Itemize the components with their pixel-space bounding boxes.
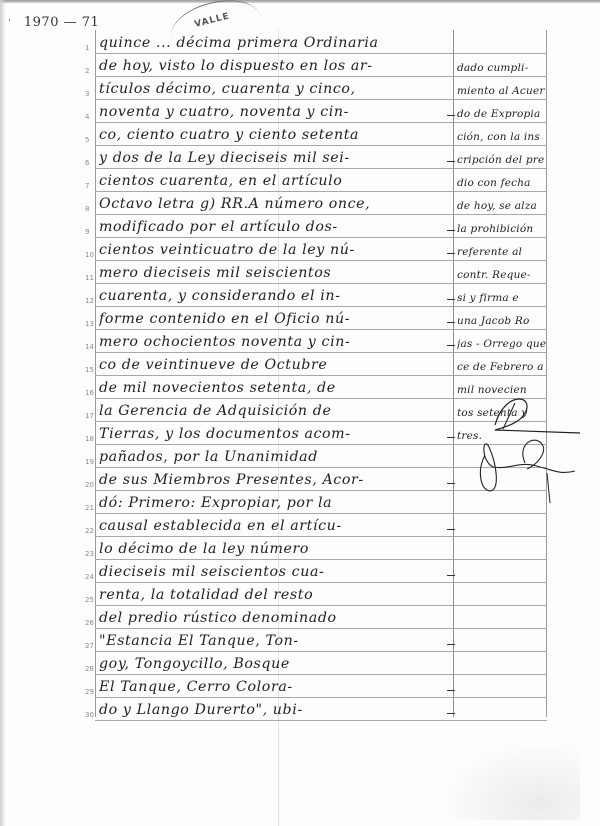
ledger-line: 11mero dieciseis mil seiscientoscontr. R… [95, 260, 547, 284]
handwritten-line: cientos cuarenta, en el artículo [99, 173, 453, 189]
handwritten-line: pañados, por la Unanimidad [99, 449, 453, 465]
handwritten-line: y dos de la Ley dieciseis mil sei- [99, 150, 453, 166]
line-filler-dash [447, 713, 455, 714]
line-number: 23 [85, 550, 94, 558]
handwritten-line: de hoy, visto lo dispuesto en los ar- [99, 58, 453, 74]
margin-note-line: cripción del pre [457, 154, 549, 166]
ledger-line: 4noventa y cuatro, noventa y cin-do de E… [95, 99, 547, 123]
line-filler-dash [447, 345, 455, 346]
ledger-line: 7cientos cuarenta, en el artículodio con… [95, 168, 547, 192]
line-number: 18 [85, 435, 94, 443]
handwritten-line: cuarenta, y considerando el in- [99, 288, 453, 304]
line-number: 10 [85, 251, 94, 259]
handwritten-line: noventa y cuatro, noventa y cin- [99, 104, 453, 120]
margin-note-line: contr. Reque- [457, 269, 549, 281]
ledger-line: 28goy, Tongoycillo, Bosque [95, 651, 547, 675]
ledger-line: 25renta, la totalidad del resto [95, 582, 547, 606]
line-number: 8 [85, 205, 89, 213]
line-filler-dash [447, 575, 455, 576]
folio-number: ' 1970 — 71 [8, 15, 99, 30]
margin-note-line: dio con fecha [457, 177, 549, 189]
margin-note-line: de hoy, se alza [457, 200, 549, 212]
line-number: 2 [85, 67, 89, 75]
handwritten-line: El Tanque, Cerro Colora- [99, 679, 453, 695]
margin-note-line: jas - Orrego que [457, 338, 549, 350]
line-number: 12 [85, 297, 94, 305]
line-filler-dash [447, 690, 455, 691]
ledger-line: 8Octavo letra g) RR.A número once,de hoy… [95, 191, 547, 215]
line-number: 14 [85, 343, 94, 351]
line-filler-dash [447, 299, 455, 300]
handwritten-line: Tierras, y los documentos acom- [99, 426, 453, 442]
line-number: 11 [85, 274, 94, 282]
handwritten-line: tículos décimo, cuarenta y cinco, [99, 81, 453, 97]
line-number: 25 [85, 596, 94, 604]
handwritten-line: mero ochocientos noventa y cin- [99, 334, 453, 350]
ledger-line: 30do y Llango Durerto", ubi- [95, 697, 547, 721]
handwritten-line: goy, Tongoycillo, Bosque [99, 656, 453, 672]
page-left-edge [0, 0, 6, 826]
line-number: 16 [85, 389, 94, 397]
handwritten-line: lo décimo de la ley número [99, 541, 453, 557]
signatures-block [475, 385, 595, 515]
line-number: 30 [85, 711, 94, 719]
ledger-line: 15co de veintinueve de Octubrece de Febr… [95, 352, 547, 376]
line-number: 20 [85, 481, 94, 489]
line-number: 5 [85, 136, 89, 144]
line-filler-dash [447, 253, 455, 254]
ledger-line: 10cientos veinticuatro de la ley nú-refe… [95, 237, 547, 261]
handwritten-line: dieciseis mil seiscientos cua- [99, 564, 453, 580]
handwritten-line: mero dieciseis mil seiscientos [99, 265, 453, 281]
page-top-edge [0, 0, 600, 3]
margin-note-line: la prohibición [457, 223, 549, 235]
line-number: 1 [85, 44, 89, 52]
margin-note-line: do de Expropia [457, 108, 549, 120]
handwritten-line: forme contenido en el Oficio nú- [99, 311, 453, 327]
margin-note-line: ce de Febrero a [457, 361, 549, 373]
ledger-line: 6y dos de la Ley dieciseis mil sei-cripc… [95, 145, 547, 169]
ledger-line: 22causal establecida en el artícu- [95, 513, 547, 537]
handwritten-line: quince ... décima primera Ordinaria [99, 35, 453, 51]
margin-note-line: referente al [457, 246, 549, 258]
ledger-line: 13forme contenido en el Oficio nú-una Ja… [95, 306, 547, 330]
handwritten-line: cientos veinticuatro de la ley nú- [99, 242, 453, 258]
ledger-line: 1quince ... décima primera Ordinaria [95, 30, 547, 54]
handwritten-line: renta, la totalidad del resto [99, 587, 453, 603]
line-number: 9 [85, 228, 89, 236]
line-number: 19 [85, 458, 94, 466]
line-filler-dash [447, 437, 455, 438]
line-filler-dash [447, 483, 455, 484]
margin-note-line: ción, con la ins [457, 131, 549, 143]
line-number: 13 [85, 320, 94, 328]
margin-note-line: miento al Acuer [457, 85, 549, 97]
margin-note-line: si y firma e [457, 292, 549, 304]
line-number: 7 [85, 182, 89, 190]
handwritten-line: causal establecida en el artícu- [99, 518, 453, 534]
line-number: 17 [85, 412, 94, 420]
handwritten-line: la Gerencia de Adquisición de [99, 403, 453, 419]
signature-icon [475, 385, 595, 515]
line-number: 24 [85, 573, 94, 581]
line-filler-dash [447, 161, 455, 162]
margin-note-line: una Jacob Ro [457, 315, 549, 327]
ledger-line: 2de hoy, visto lo dispuesto en los ar-da… [95, 53, 547, 77]
paper-texture [440, 740, 580, 820]
line-filler-dash [447, 230, 455, 231]
ledger-page: 1quince ... décima primera Ordinaria2de … [95, 30, 547, 716]
folio-mark: ' [8, 18, 11, 29]
line-number: 27 [85, 642, 94, 650]
line-number: 3 [85, 90, 89, 98]
line-number: 26 [85, 619, 94, 627]
line-number: 29 [85, 688, 94, 696]
line-number: 22 [85, 527, 94, 535]
line-number: 15 [85, 366, 94, 374]
line-filler-dash [447, 322, 455, 323]
handwritten-line: co, ciento cuatro y ciento setenta [99, 127, 453, 143]
folio-year: 1970 — 71 [24, 15, 99, 30]
margin-note-line: dado cumpli- [457, 62, 549, 74]
handwritten-line: "Estancia El Tanque, Ton- [99, 633, 453, 649]
handwritten-line: dó: Primero: Expropiar, por la [99, 495, 453, 511]
line-number: 4 [85, 113, 89, 121]
handwritten-line: de mil novecientos setenta, de [99, 380, 453, 396]
ledger-line: 26del predio rústico denominado [95, 605, 547, 629]
ledger-line: 23lo décimo de la ley número [95, 536, 547, 560]
ledger-line: 9modificado por el artículo dos-la prohi… [95, 214, 547, 238]
ledger-line: 24dieciseis mil seiscientos cua- [95, 559, 547, 583]
line-number: 21 [85, 504, 94, 512]
line-number: 28 [85, 665, 94, 673]
handwritten-line: modificado por el artículo dos- [99, 219, 453, 235]
line-number: 6 [85, 159, 89, 167]
ledger-line: 14mero ochocientos noventa y cin-jas - O… [95, 329, 547, 353]
handwritten-line: del predio rústico denominado [99, 610, 453, 626]
line-filler-dash [447, 644, 455, 645]
handwritten-line: Octavo letra g) RR.A número once, [99, 196, 453, 212]
handwritten-line: co de veintinueve de Octubre [99, 357, 453, 373]
ledger-line: 3tículos décimo, cuarenta y cinco,miento… [95, 76, 547, 100]
ledger-line: 29El Tanque, Cerro Colora- [95, 674, 547, 698]
ledger-line: 5co, ciento cuatro y ciento setentación,… [95, 122, 547, 146]
ledger-line: 27"Estancia El Tanque, Ton- [95, 628, 547, 652]
handwritten-line: do y Llango Durerto", ubi- [99, 702, 453, 718]
line-filler-dash [447, 115, 455, 116]
ledger-line: 12cuarenta, y considerando el in-si y fi… [95, 283, 547, 307]
handwritten-line: de sus Miembros Presentes, Acor- [99, 472, 453, 488]
stamp-text: VALLE [194, 12, 231, 30]
line-filler-dash [447, 529, 455, 530]
